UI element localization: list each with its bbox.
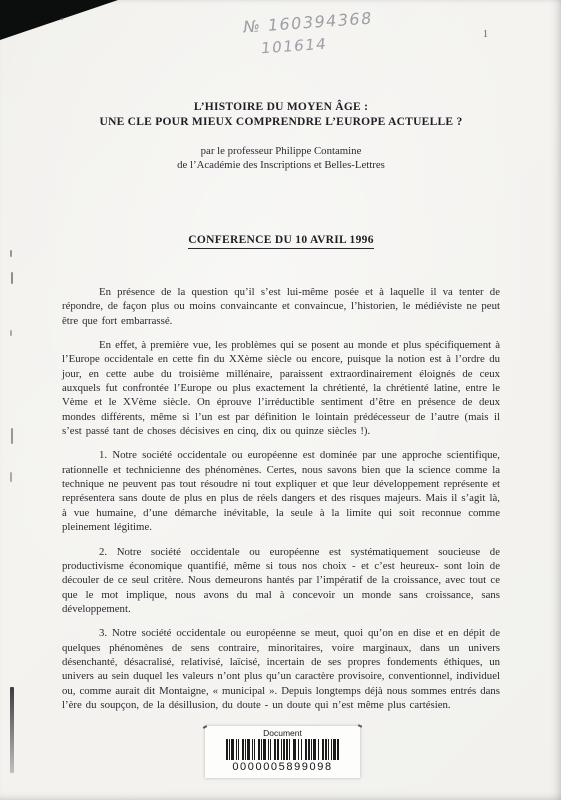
- scan-streak: [10, 330, 12, 336]
- byline-author: par le professeur Philippe Contamine: [62, 144, 500, 158]
- conference-heading: CONFERENCE DU 10 AVRIL 1996: [188, 234, 374, 249]
- paragraph-point-1: 1. Notre société occidentale ou européen…: [62, 448, 500, 534]
- document-title-line2: UNE CLE POUR MIEUX COMPRENDRE L’EUROPE A…: [62, 115, 500, 130]
- handwritten-number-2: 101614: [260, 35, 328, 58]
- barcode-sticker: Document 0000005899098: [205, 726, 360, 778]
- scan-streak: [10, 472, 12, 482]
- page-number: 1: [483, 29, 488, 40]
- barcode-number: 0000005899098: [205, 761, 360, 773]
- scanned-page: № 160394368 101614 1 L’HISTOIRE DU MOYEN…: [0, 0, 561, 800]
- scan-speck: [61, 18, 63, 20]
- barcode-bars: [205, 739, 360, 760]
- byline-affiliation: de l’Académie des Inscriptions et Belles…: [62, 158, 500, 172]
- paragraph-point-2: 2. Notre société occidentale ou européen…: [62, 545, 500, 617]
- scan-corner-artifact: [0, 0, 118, 40]
- document-body: En présence de la question qu’il s’est l…: [62, 285, 500, 722]
- handwritten-number: № 160394368: [242, 8, 374, 36]
- barcode-label-text: Document: [205, 726, 360, 738]
- paragraph-context: En effet, à première vue, les problèmes …: [62, 338, 500, 438]
- scan-streak-large: [10, 687, 14, 773]
- document-header: L’HISTOIRE DU MOYEN ÂGE : UNE CLE POUR M…: [62, 100, 500, 172]
- scan-streak: [11, 272, 13, 284]
- paragraph-intro: En présence de la question qu’il s’est l…: [62, 285, 500, 328]
- scan-streak: [11, 428, 13, 444]
- paragraph-point-3: 3. Notre société occidentale ou européen…: [62, 626, 500, 712]
- conference-heading-row: CONFERENCE DU 10 AVRIL 1996: [62, 230, 500, 249]
- document-title-line1: L’HISTOIRE DU MOYEN ÂGE :: [62, 100, 500, 115]
- scan-streak: [10, 250, 12, 257]
